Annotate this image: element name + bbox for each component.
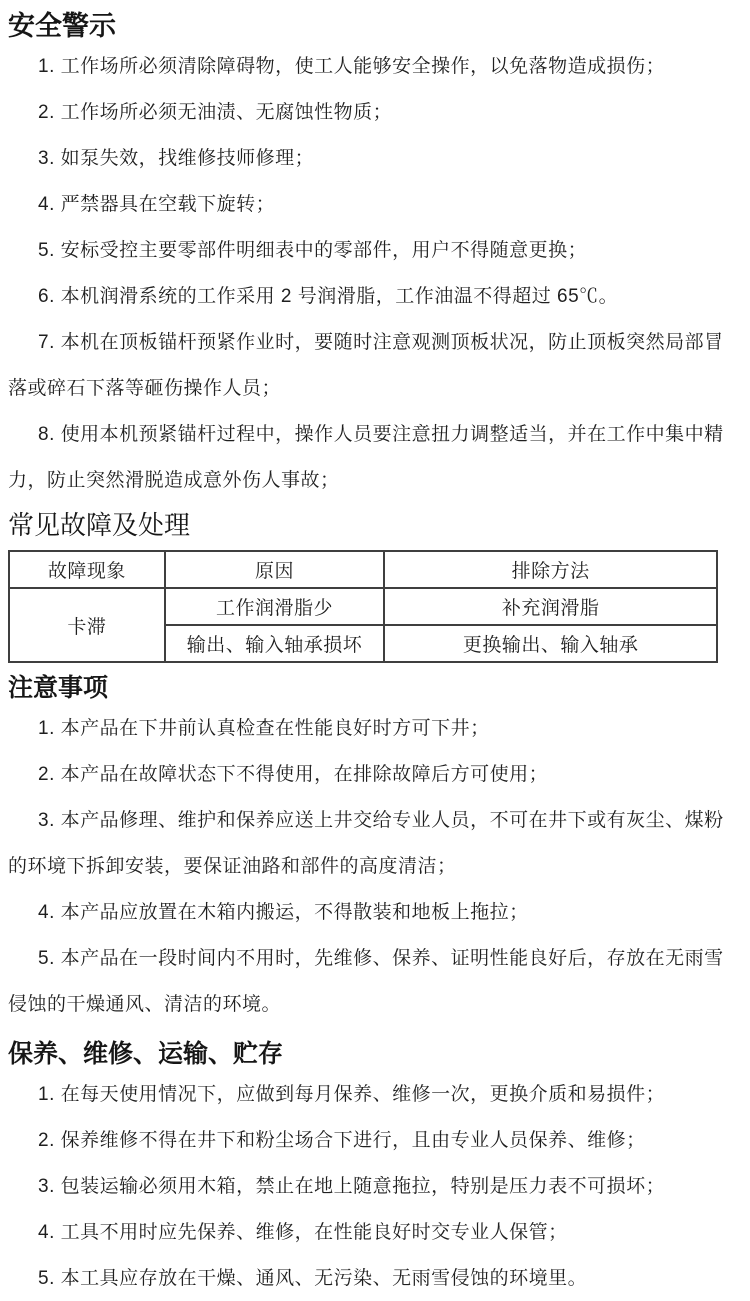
list-item: 2. 本产品在故障状态下不得使用，在排除故障后方可使用； [8,752,740,798]
table-row: 卡滞 工作润滑脂少 补充润滑脂 [9,588,717,625]
document-page: 安全警示 1. 工作场所必须清除障碍物，使工人能够安全操作，以免落物造成损伤； … [0,0,750,1301]
list-item: 2. 工作场所必须无油渍、无腐蚀性物质； [8,90,740,136]
list-item: 4. 本产品应放置在木箱内搬运，不得散装和地板上拖拉； [8,890,740,936]
list-item: 5. 安标受控主要零部件明细表中的零部件，用户不得随意更换； [8,228,740,274]
section-title-maintenance: 保养、维修、运输、贮存 [8,1038,740,1070]
list-item: 2. 保养维修不得在井下和粉尘场合下进行，且由专业人员保养、维修； [8,1118,740,1164]
table-header-cause: 原因 [165,551,384,588]
section-title-common-faults: 常见故障及处理 [8,510,740,542]
list-item: 3. 包装运输必须用木箱，禁止在地上随意拖拉，特别是压力表不可损坏； [8,1164,740,1210]
list-item: 4. 工具不用时应先保养、维修，在性能良好时交专业人保管； [8,1210,740,1256]
list-item: 7. 本机在顶板锚杆预紧作业时，要随时注意观测顶板状况，防止顶板突然局部冒落或碎… [8,320,740,412]
notice-list: 1. 本产品在下井前认真检查在性能良好时方可下井； 2. 本产品在故障状态下不得… [8,706,740,1028]
list-item: 3. 本产品修理、维护和保养应送上井交给专业人员，不可在井下或有灰尘、煤粉的环境… [8,798,740,890]
section-title-notice: 注意事项 [8,672,740,704]
list-item: 3. 如泵失效，找维修技师修理； [8,136,740,182]
table-cell-remedy: 补充润滑脂 [384,588,717,625]
table-header-row: 故障现象 原因 排除方法 [9,551,717,588]
list-item: 4. 严禁器具在空载下旋转； [8,182,740,228]
table-header-phenomenon: 故障现象 [9,551,165,588]
list-item: 5. 本产品在一段时间内不用时，先维修、保养、证明性能良好后，存放在无雨雪侵蚀的… [8,936,740,1028]
section-title-safety-warning: 安全警示 [8,10,740,42]
list-item: 5. 本工具应存放在干燥、通风、无污染、无雨雪侵蚀的环境里。 [8,1256,740,1301]
list-item: 6. 本机润滑系统的工作采用 2 号润滑脂，工作油温不得超过 65℃。 [8,274,740,320]
faults-table: 故障现象 原因 排除方法 卡滞 工作润滑脂少 补充润滑脂 输出、输入轴承损坏 更… [8,550,718,663]
safety-warning-list: 1. 工作场所必须清除障碍物，使工人能够安全操作，以免落物造成损伤； 2. 工作… [8,44,740,504]
table-header-remedy: 排除方法 [384,551,717,588]
list-item: 1. 工作场所必须清除障碍物，使工人能够安全操作，以免落物造成损伤； [8,44,740,90]
table-cell-cause: 工作润滑脂少 [165,588,384,625]
list-item: 1. 在每天使用情况下，应做到每月保养、维修一次，更换介质和易损件； [8,1072,740,1118]
list-item: 1. 本产品在下井前认真检查在性能良好时方可下井； [8,706,740,752]
maintenance-list: 1. 在每天使用情况下，应做到每月保养、维修一次，更换介质和易损件； 2. 保养… [8,1072,740,1301]
list-item: 8. 使用本机预紧锚杆过程中，操作人员要注意扭力调整适当，并在工作中集中精力，防… [8,412,740,504]
table-cell-remedy: 更换输出、输入轴承 [384,625,717,662]
table-cell-cause: 输出、输入轴承损坏 [165,625,384,662]
table-cell-fault-name: 卡滞 [9,588,165,662]
